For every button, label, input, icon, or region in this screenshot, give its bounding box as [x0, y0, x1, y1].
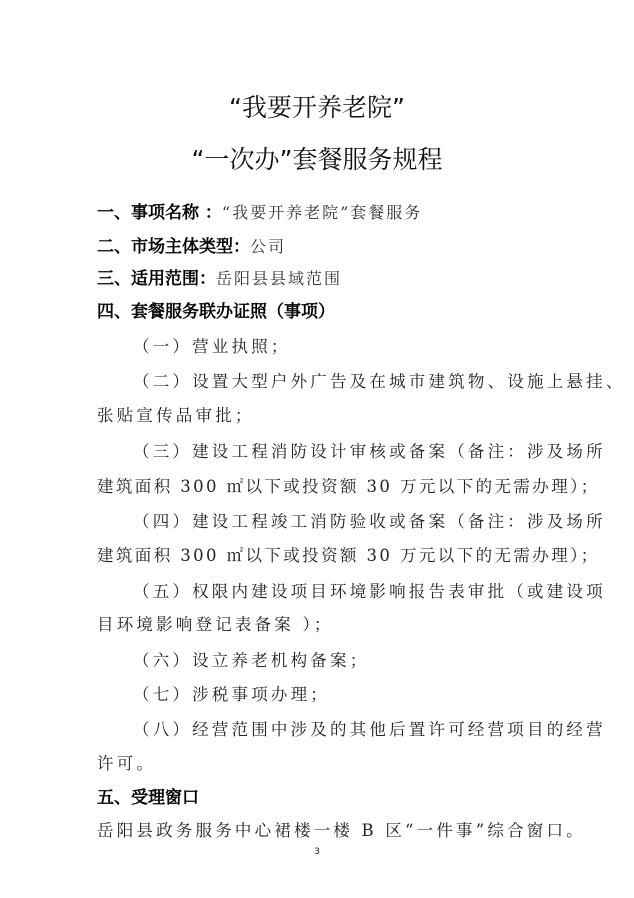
- list-item-5-cont: 目环境影响登记表备案 ）；: [97, 614, 547, 636]
- section-value: 公司: [250, 237, 286, 256]
- section-item-name: 一、事项名称 ：“我要开养老院”套餐服务: [97, 202, 547, 224]
- list-item-3-cont: 建筑面积 300 ㎡以下或投资额 30 万元以下的无需办理）；: [97, 476, 547, 498]
- list-item-8: （八）经营范围中涉及的其他后置许可经营项目的经营: [133, 719, 583, 741]
- document-page: “我要开养老院” “一次办”套餐服务规程 一、事项名称 ：“我要开养老院”套餐服…: [0, 0, 634, 898]
- list-item-2: （二）设置大型户外广告及在城市建筑物、设施上悬挂、: [133, 371, 583, 393]
- page-number: 3: [0, 847, 634, 857]
- list-item-8-cont: 许可。: [97, 753, 547, 775]
- list-item-1: （一）营业执照；: [133, 336, 583, 358]
- list-item-4: （四）建设工程竣工消防验收或备案（备注：涉及场所: [133, 511, 583, 533]
- document-title-line2: “一次办”套餐服务规程: [0, 140, 634, 176]
- list-item-6: （六）设立养老机构备案；: [133, 650, 583, 672]
- section-value: 岳阳县县域范围: [216, 269, 342, 288]
- list-item-2-cont: 张贴宣传品审批；: [97, 405, 547, 427]
- list-item-5: （五）权限内建设项目环境影响报告表审批（或建设项: [133, 581, 583, 603]
- list-item-3: （三）建设工程消防设计审核或备案（备注：涉及场所: [133, 441, 583, 463]
- section-heading: 四、套餐服务联办证照（事项）: [97, 302, 335, 322]
- section-heading: 一、事项名称 ：: [97, 203, 222, 223]
- list-item-4-cont: 建筑面积 300 ㎡以下或投资额 30 万元以下的无需办理）；: [97, 545, 547, 567]
- list-item-7: （七）涉税事项办理；: [133, 684, 583, 706]
- section-joint-licenses: 四、套餐服务联办证照（事项）: [97, 301, 547, 323]
- section-heading: 五、受理窗口: [97, 788, 199, 808]
- document-title-line1: “我要开养老院”: [0, 88, 634, 124]
- section-heading: 二、市场主体类型：: [97, 237, 250, 257]
- section-entity-type: 二、市场主体类型：公司: [97, 236, 547, 258]
- section-value: “我要开养老院”套餐服务: [222, 203, 422, 222]
- service-window-text: 岳阳县政务服务中心裙楼一楼 B 区“一件事”综合窗口。: [97, 820, 547, 842]
- section-scope: 三、适用范围：岳阳县县域范围: [97, 268, 547, 290]
- section-service-window: 五、受理窗口: [97, 787, 547, 809]
- section-heading: 三、适用范围：: [97, 269, 216, 289]
